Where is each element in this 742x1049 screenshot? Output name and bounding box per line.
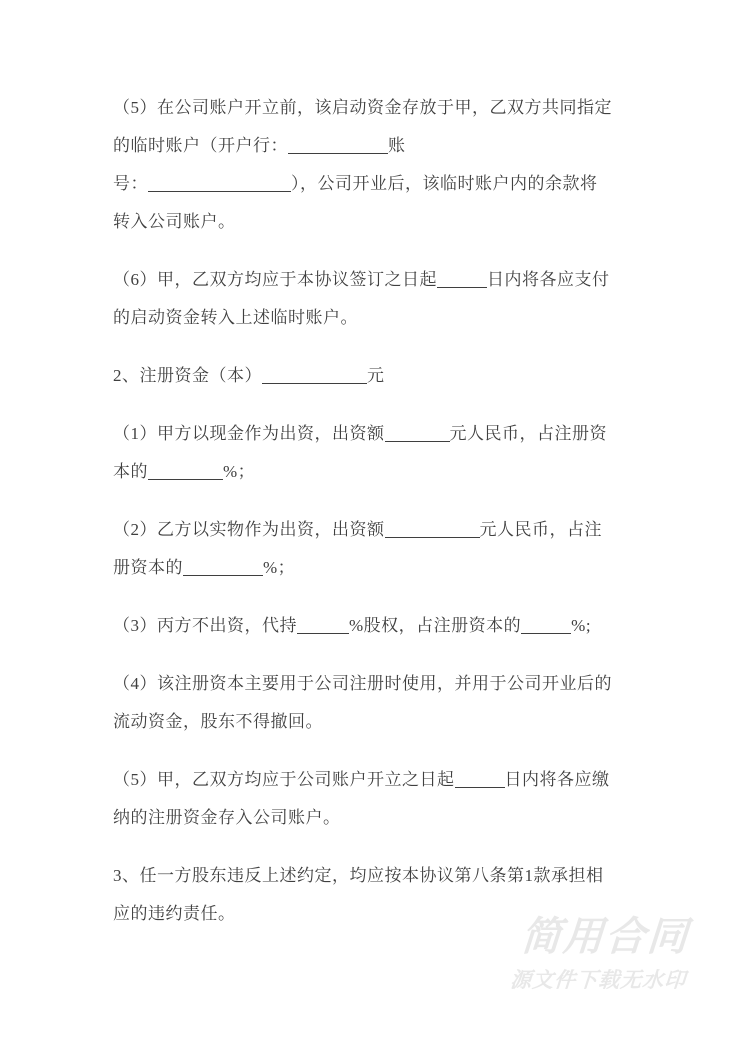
- text-segment: 本的: [113, 462, 148, 481]
- fill-in-blank: [385, 426, 450, 442]
- text-segment: （3）丙方不出资，代持: [113, 616, 297, 635]
- fill-in-blank: [521, 618, 571, 634]
- paragraph: （3）丙方不出资，代持%股权，占注册资本的%;: [113, 607, 635, 645]
- fill-in-blank: [455, 772, 505, 788]
- paragraph: 2、注册资金（本）元: [113, 357, 635, 395]
- watermark-subtitle: 源文件下载无水印: [509, 970, 686, 991]
- text-segment: （1）甲方以现金作为出资，出资额: [113, 424, 385, 443]
- text-segment: （6）甲，乙双方均应于本协议签订之日起: [113, 270, 437, 289]
- text-segment: （5）甲，乙双方均应于公司账户开立之日起: [113, 770, 455, 789]
- fill-in-blank: [148, 464, 223, 480]
- text-segment: %;: [571, 616, 591, 635]
- text-segment: 纳的注册资金存入公司账户。: [113, 808, 341, 827]
- paragraph: （2）乙方以实物作为出资，出资额元人民币，占注册资本的%；: [113, 511, 635, 587]
- text-segment: 应的违约责任。: [113, 904, 236, 923]
- text-segment: （4）该注册资本主要用于公司注册时使用，并用于公司开业后的: [113, 674, 612, 693]
- fill-in-blank: [297, 618, 349, 634]
- text-segment: %股权，占注册资本的: [349, 616, 521, 635]
- fill-in-blank: [437, 272, 487, 288]
- paragraph: （5）在公司账户开立前，该启动资金存放于甲，乙双方共同指定的临时账户（开户行：账…: [113, 89, 635, 241]
- text-segment: ），公司开业后，该临时账户内的余款将: [291, 174, 598, 193]
- contract-page: （5）在公司账户开立前，该启动资金存放于甲，乙双方共同指定的临时账户（开户行：账…: [0, 0, 742, 1049]
- paragraph: （1）甲方以现金作为出资，出资额元人民币，占注册资本的%；: [113, 415, 635, 491]
- text-segment: 账: [388, 136, 406, 155]
- paragraph: （6）甲，乙双方均应于本协议签订之日起日内将各应支付的启动资金转入上述临时账户。: [113, 261, 635, 337]
- text-segment: 2、注册资金（本）: [113, 366, 262, 385]
- paragraph: （4）该注册资本主要用于公司注册时使用，并用于公司开业后的流动资金，股东不得撤回…: [113, 665, 635, 741]
- text-segment: 转入公司账户。: [113, 212, 236, 231]
- text-segment: （5）在公司账户开立前，该启动资金存放于甲，乙双方共同指定: [113, 98, 612, 117]
- text-segment: 的临时账户（开户行：: [113, 136, 288, 155]
- paragraph: （5）甲，乙双方均应于公司账户开立之日起日内将各应缴纳的注册资金存入公司账户。: [113, 761, 635, 837]
- fill-in-blank: [288, 138, 388, 154]
- text-segment: 册资本的: [113, 558, 183, 577]
- text-segment: 流动资金，股东不得撤回。: [113, 712, 323, 731]
- watermark: 简用合同 源文件下载无水印: [509, 917, 690, 991]
- fill-in-blank: [385, 522, 480, 538]
- watermark-title: 简用合同: [512, 917, 691, 957]
- document-body: （5）在公司账户开立前，该启动资金存放于甲，乙双方共同指定的临时账户（开户行：账…: [113, 89, 635, 953]
- text-segment: 日内将各应缴: [505, 770, 610, 789]
- fill-in-blank: [262, 368, 367, 384]
- text-segment: %；: [223, 462, 255, 481]
- text-segment: %；: [263, 558, 295, 577]
- text-segment: 日内将各应支付: [487, 270, 610, 289]
- text-segment: 元人民币，占注册资: [450, 424, 608, 443]
- text-segment: 元: [367, 366, 385, 385]
- fill-in-blank: [148, 176, 291, 192]
- text-segment: 元人民币，占注: [480, 520, 603, 539]
- text-segment: （2）乙方以实物作为出资，出资额: [113, 520, 385, 539]
- fill-in-blank: [183, 560, 263, 576]
- text-segment: 号：: [113, 174, 148, 193]
- text-segment: 3、任一方股东违反上述约定，均应按本协议第八条第1款承担相: [113, 866, 604, 885]
- text-segment: 的启动资金转入上述临时账户。: [113, 308, 358, 327]
